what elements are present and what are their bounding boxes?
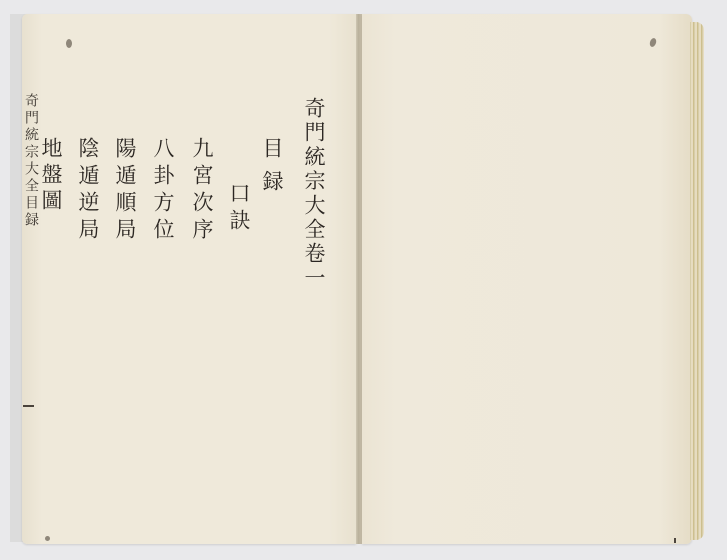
margin-title: 奇門統宗大全目録 <box>24 93 38 229</box>
toc-item: 九宮次序 <box>191 137 212 245</box>
toc-item: 地盤圖 <box>40 137 61 215</box>
right-page-blank <box>362 14 692 544</box>
volume-title: 奇門統宗大全卷一 <box>303 97 324 291</box>
book-spread: 奇門統宗大全卷一 目録 口訣 九宮次序 八卦方位 陽遁順局 陰遁逆局 地盤圖 奇… <box>0 0 727 560</box>
toc-item: 八卦方位 <box>152 137 173 245</box>
ink-speck <box>674 538 676 543</box>
page-edges <box>690 22 704 540</box>
binding-hole-bottom <box>45 536 50 541</box>
toc-item: 陰遁逆局 <box>77 137 98 245</box>
folio-mark <box>23 405 34 407</box>
contents-heading: 目録 <box>261 137 282 203</box>
toc-item: 陽遁順局 <box>114 137 135 245</box>
binding-hole-left <box>66 39 72 48</box>
toc-item: 口訣 <box>228 182 249 236</box>
